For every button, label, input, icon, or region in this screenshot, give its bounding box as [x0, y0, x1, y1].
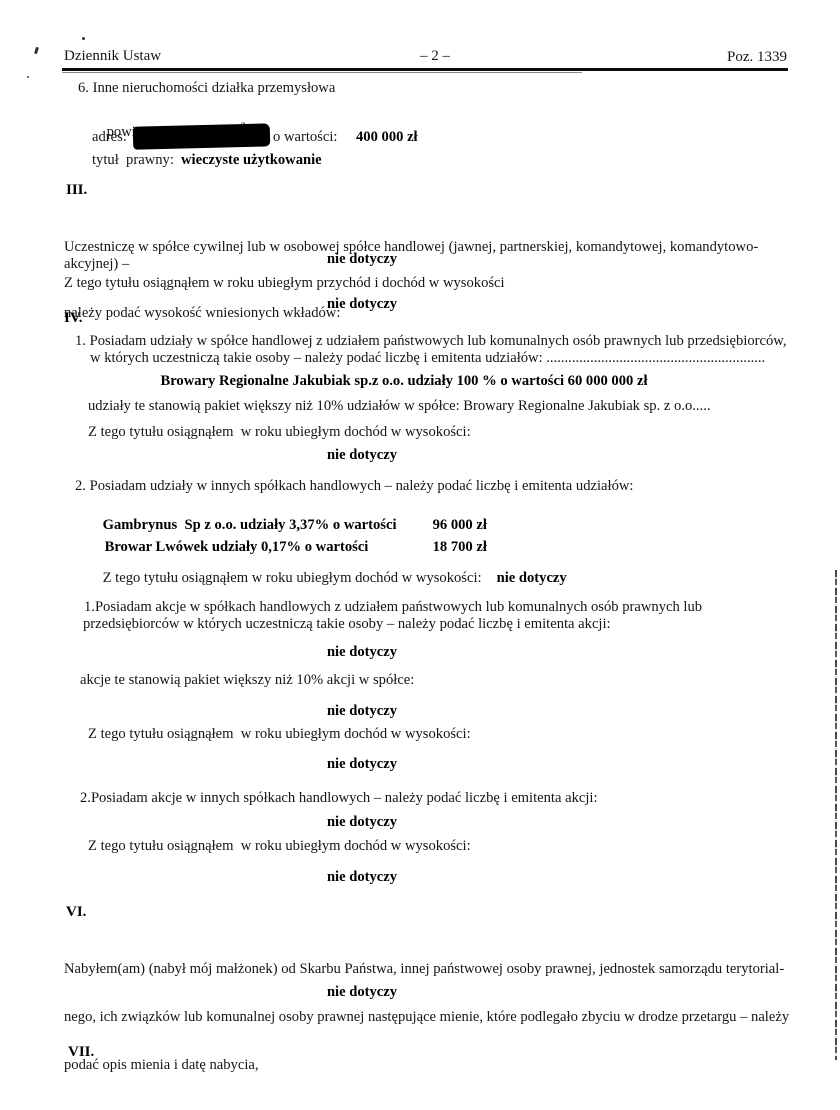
section-vi-heading: VI.: [66, 904, 86, 921]
paragraph-line: Nabyłem(am) (nabył mój małżonek) od Skar…: [64, 961, 794, 977]
scan-speck: [27, 76, 29, 78]
header-position-number: Poz. 1339: [707, 49, 787, 66]
shares2-title: 2.Posiadam akcje w innych spółkach handl…: [80, 790, 598, 807]
iv-item2-title: 2. Posiadam udziały w innych spółkach ha…: [75, 478, 633, 495]
section-iii-income-line: Z tego tytułu osiągnąłem w roku ubiegłym…: [64, 275, 505, 292]
section-iv-heading: IV.: [64, 310, 83, 327]
iv-item1-holding: Browary Regionalne Jakubiak sp.z o.o. ud…: [64, 373, 744, 390]
value-label: o wartości:: [273, 129, 337, 146]
shares1-income: Z tego tytułu osiągnąłem w roku ubiegłym…: [88, 726, 471, 743]
income-label: Z tego tytułu osiągnąłem w roku ubiegłym…: [103, 570, 482, 586]
answer-nie-dotyczy: nie dotyczy: [64, 296, 660, 313]
answer-nie-dotyczy: nie dotyczy: [64, 814, 660, 831]
answer-nie-dotyczy: nie dotyczy: [497, 570, 567, 586]
answer-nie-dotyczy: nie dotyczy: [64, 644, 660, 661]
legal-title-label: tytuł prawny:: [92, 152, 174, 169]
shares1-pakiet: akcje te stanowią pakiet większy niż 10%…: [80, 672, 414, 689]
iv-item1-pakiet: udziały te stanowią pakiet większy niż 1…: [88, 398, 711, 415]
scan-edge-line: [835, 570, 837, 1060]
item6-title: 6. Inne nieruchomości działka przemysłow…: [78, 80, 335, 97]
header-page-number: – 2 –: [395, 48, 475, 65]
answer-nie-dotyczy: nie dotyczy: [64, 703, 660, 720]
answer-nie-dotyczy: nie dotyczy: [64, 447, 660, 464]
scan-speck: [34, 47, 39, 55]
paragraph-line: podać opis mienia i datę nabycia,: [64, 1057, 794, 1073]
shares1-line1: 1.Posiadam akcje w spółkach handlowych z…: [84, 599, 804, 616]
answer-nie-dotyczy: nie dotyczy: [64, 984, 660, 1001]
section-vii-heading: VII.: [68, 1044, 94, 1061]
iv-item1-income: Z tego tytułu osiągnąłem w roku ubiegłym…: [88, 424, 471, 441]
redaction-bar: [133, 123, 271, 149]
legal-title-value: wieczyste użytkowanie: [181, 152, 322, 169]
document-page: Dziennik Ustaw – 2 – Poz. 1339 6. Inne n…: [0, 0, 840, 1110]
value-amount: 400 000 zł: [356, 129, 418, 146]
answer-nie-dotyczy: nie dotyczy: [64, 251, 660, 268]
section-vi-paragraph: Nabyłem(am) (nabył mój małżonek) od Skar…: [64, 929, 794, 1105]
header-rule: [62, 68, 788, 71]
iv-item2-income-row: Z tego tytułu osiągnąłem w roku ubiegłym…: [88, 553, 567, 603]
iv-item1-line1: 1. Posiadam udziały w spółce handlowej z…: [75, 333, 805, 350]
address-label: adres:: [92, 129, 127, 146]
shares2-income: Z tego tytułu osiągnąłem w roku ubiegłym…: [88, 838, 471, 855]
header-journal-title: Dziennik Ustaw: [64, 48, 161, 65]
paragraph-line: nego, ich związków lub komunalnej osoby …: [64, 1009, 794, 1025]
shares1-line2: przedsiębiorców w których uczestniczą ta…: [83, 616, 803, 633]
section-iii-heading: III.: [66, 182, 87, 199]
scan-speck: [82, 37, 85, 40]
answer-nie-dotyczy: nie dotyczy: [64, 869, 660, 886]
answer-nie-dotyczy: nie dotyczy: [64, 756, 660, 773]
iv-item1-line2: w których uczestniczą takie osoby – nale…: [90, 350, 800, 367]
header-rule-shadow: [62, 72, 582, 73]
